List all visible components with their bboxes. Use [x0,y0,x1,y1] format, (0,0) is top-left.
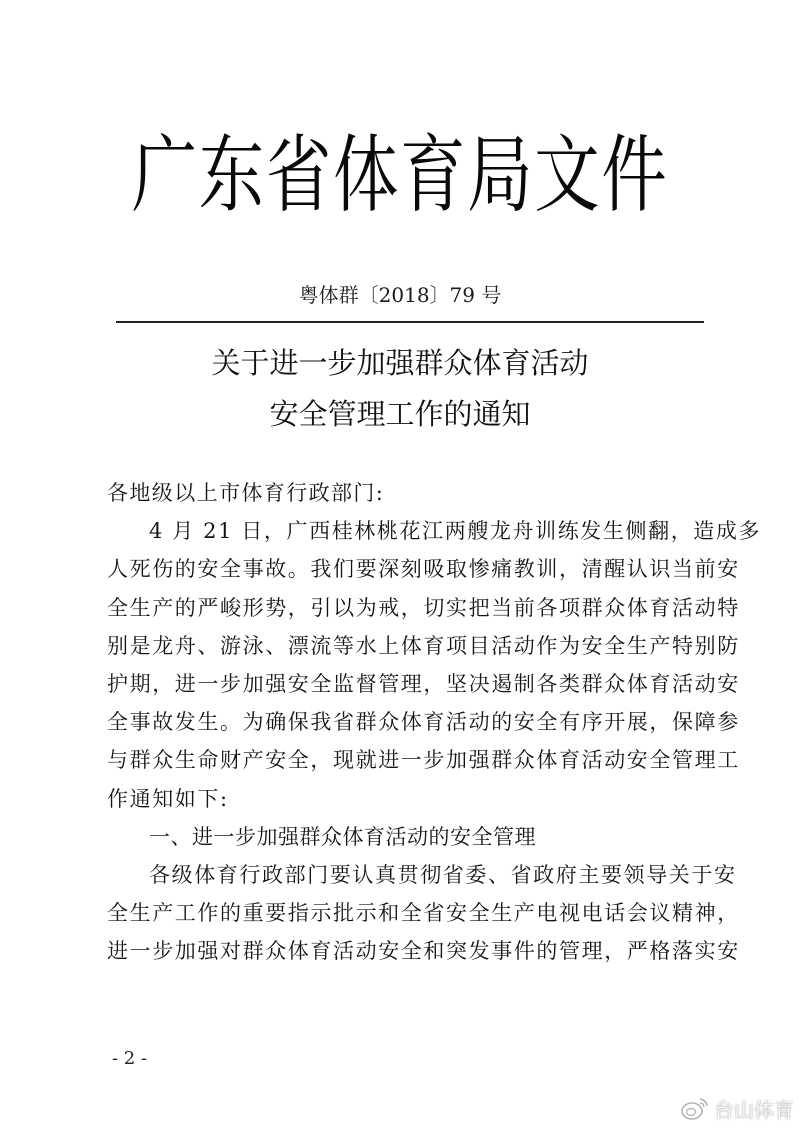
text-line: 作通知如下: [107,780,707,818]
watermark: 台山体育 [680,1093,794,1123]
text-line: 人死伤的安全事故。我们要深刻吸取惨痛教训，清醒认识当前安 [107,550,707,588]
document-header: 广东省体育局文件 [0,120,800,230]
section-heading-1: 一、进一步加强群众体育活动的安全管理 [107,818,707,856]
page-number: - 2 - [112,1048,147,1070]
text-line: 别是龙舟、游泳、漂流等水上体育项目活动作为安全生产特别防 [107,627,707,665]
issuer-title: 广东省体育局文件 [132,120,669,230]
text-line: 进一步加强对群众体育活动安全和突发事件的管理，严格落实安 [107,932,707,970]
salutation: 各地级以上市体育行政部门: [107,474,707,512]
text-line: 全生产的严峻形势，引以为戒，切实把当前各项群众体育活动特 [107,589,707,627]
text-line: 全事故发生。为确保我省群众体育活动的安全有序开展，保障参 [107,703,707,741]
weibo-icon [680,1095,710,1121]
text-line: 与群众生命财产安全，现就进一步加强群众体育活动安全管理工 [107,741,707,779]
paragraph-intro: 4 月 21 日，广西桂林桃花江两艘龙舟训练发生侧翻，造成多 人死伤的安全事故。… [107,512,707,818]
text-line: 全生产工作的重要指示批示和全省安全生产电视电话会议精神， [107,894,707,932]
title-line-1: 关于进一步加强群众体育活动 [0,338,800,389]
text-line: 4 月 21 日，广西桂林桃花江两艘龙舟训练发生侧翻，造成多 [107,512,707,550]
document-number: 粤体群〔2018〕79 号 [0,280,800,310]
watermark-text: 台山体育 [714,1094,794,1123]
document-page: 广东省体育局文件 粤体群〔2018〕79 号 关于进一步加强群众体育活动 安全管… [0,0,800,1132]
header-divider [116,321,704,323]
text-line: 各级体育行政部门要认真贯彻省委、省政府主要领导关于安 [107,856,707,894]
document-title: 关于进一步加强群众体育活动 安全管理工作的通知 [0,338,800,440]
document-body: 各地级以上市体育行政部门: 4 月 21 日，广西桂林桃花江两艘龙舟训练发生侧翻… [107,474,707,971]
text-line: 护期，进一步加强安全监督管理，坚决遏制各类群众体育活动安 [107,665,707,703]
title-line-2: 安全管理工作的通知 [0,389,800,440]
paragraph-section-1: 各级体育行政部门要认真贯彻省委、省政府主要领导关于安 全生产工作的重要指示批示和… [107,856,707,971]
